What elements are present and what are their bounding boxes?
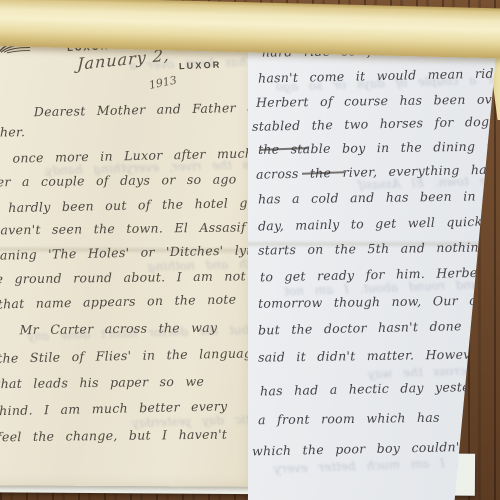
handwriting-line: 'the Stile of Flies' in the language <box>0 345 257 366</box>
handwriting-line: starts on the 5th and nothing <box>258 239 487 257</box>
handwriting-line: ther. <box>0 124 25 139</box>
handwriting-line: hasn't come it would mean ridin <box>258 65 500 85</box>
handwriting-line: has had a hectic day yesterday <box>260 378 500 398</box>
handwriting-line: tomorrow though now, Our opinion <box>258 292 500 311</box>
handwriting-line: meaning 'The Holes' or 'Ditches' lying <box>0 242 257 263</box>
handwriting-line: feel the change, but I haven't <box>0 427 227 445</box>
handwriting-line: her a couple of days or so ago <box>0 171 237 189</box>
letter-page-right: her a couple of days or so ago haven't s… <box>248 28 500 500</box>
handwriting-line: to get ready for him. Herbert <box>260 265 489 285</box>
handwriting-line: behind. I am much better every <box>0 398 228 418</box>
handwriting-line: said it didn't matter. However, <box>258 346 488 364</box>
hotel-city: LUXOR <box>179 60 222 72</box>
handwriting-line: Dearest Mother and Father and Sister <box>34 98 258 119</box>
bleedthrough-text: Mr Carter across the way <box>368 361 500 381</box>
letter-photo: S COY. LUXOR WINTER PALACE LUXOR January… <box>0 0 500 500</box>
handwriting-line: which the poor boy couldn't st <box>252 439 489 459</box>
handwriting-line: Mr Carter across the way <box>20 320 218 337</box>
handwriting-line: a front room which has <box>258 410 440 428</box>
handwriting-line: haven't seen the town. El Assasif <box>0 219 246 237</box>
handwriting-line: that name appears on the note <box>0 291 236 311</box>
handwriting-line: across the river, everything handy, <box>256 161 500 181</box>
handwriting-line: the ground round about. I am not <box>0 268 246 286</box>
handwriting-line: Herbert of course has been over a <box>256 91 500 110</box>
letter-page-left: S COY. LUXOR WINTER PALACE LUXOR January… <box>0 19 257 486</box>
handwriting-line: but the doctor hasn't done any <box>258 318 497 338</box>
handwritten-year: 1913 <box>148 74 178 92</box>
handwriting-line: that leads his paper so we <box>0 374 204 392</box>
handwriting-line: day, mainly to get well quickly <box>258 214 494 234</box>
handwriting-line: has a cold and has been in <box>258 188 476 206</box>
handwriting-line: once more in Luxor after much <box>12 146 253 166</box>
handwriting-line: stabled the two horses for dog the <box>252 113 500 134</box>
handwriting-line: hardly been out of the hotel grounds <box>8 194 257 215</box>
